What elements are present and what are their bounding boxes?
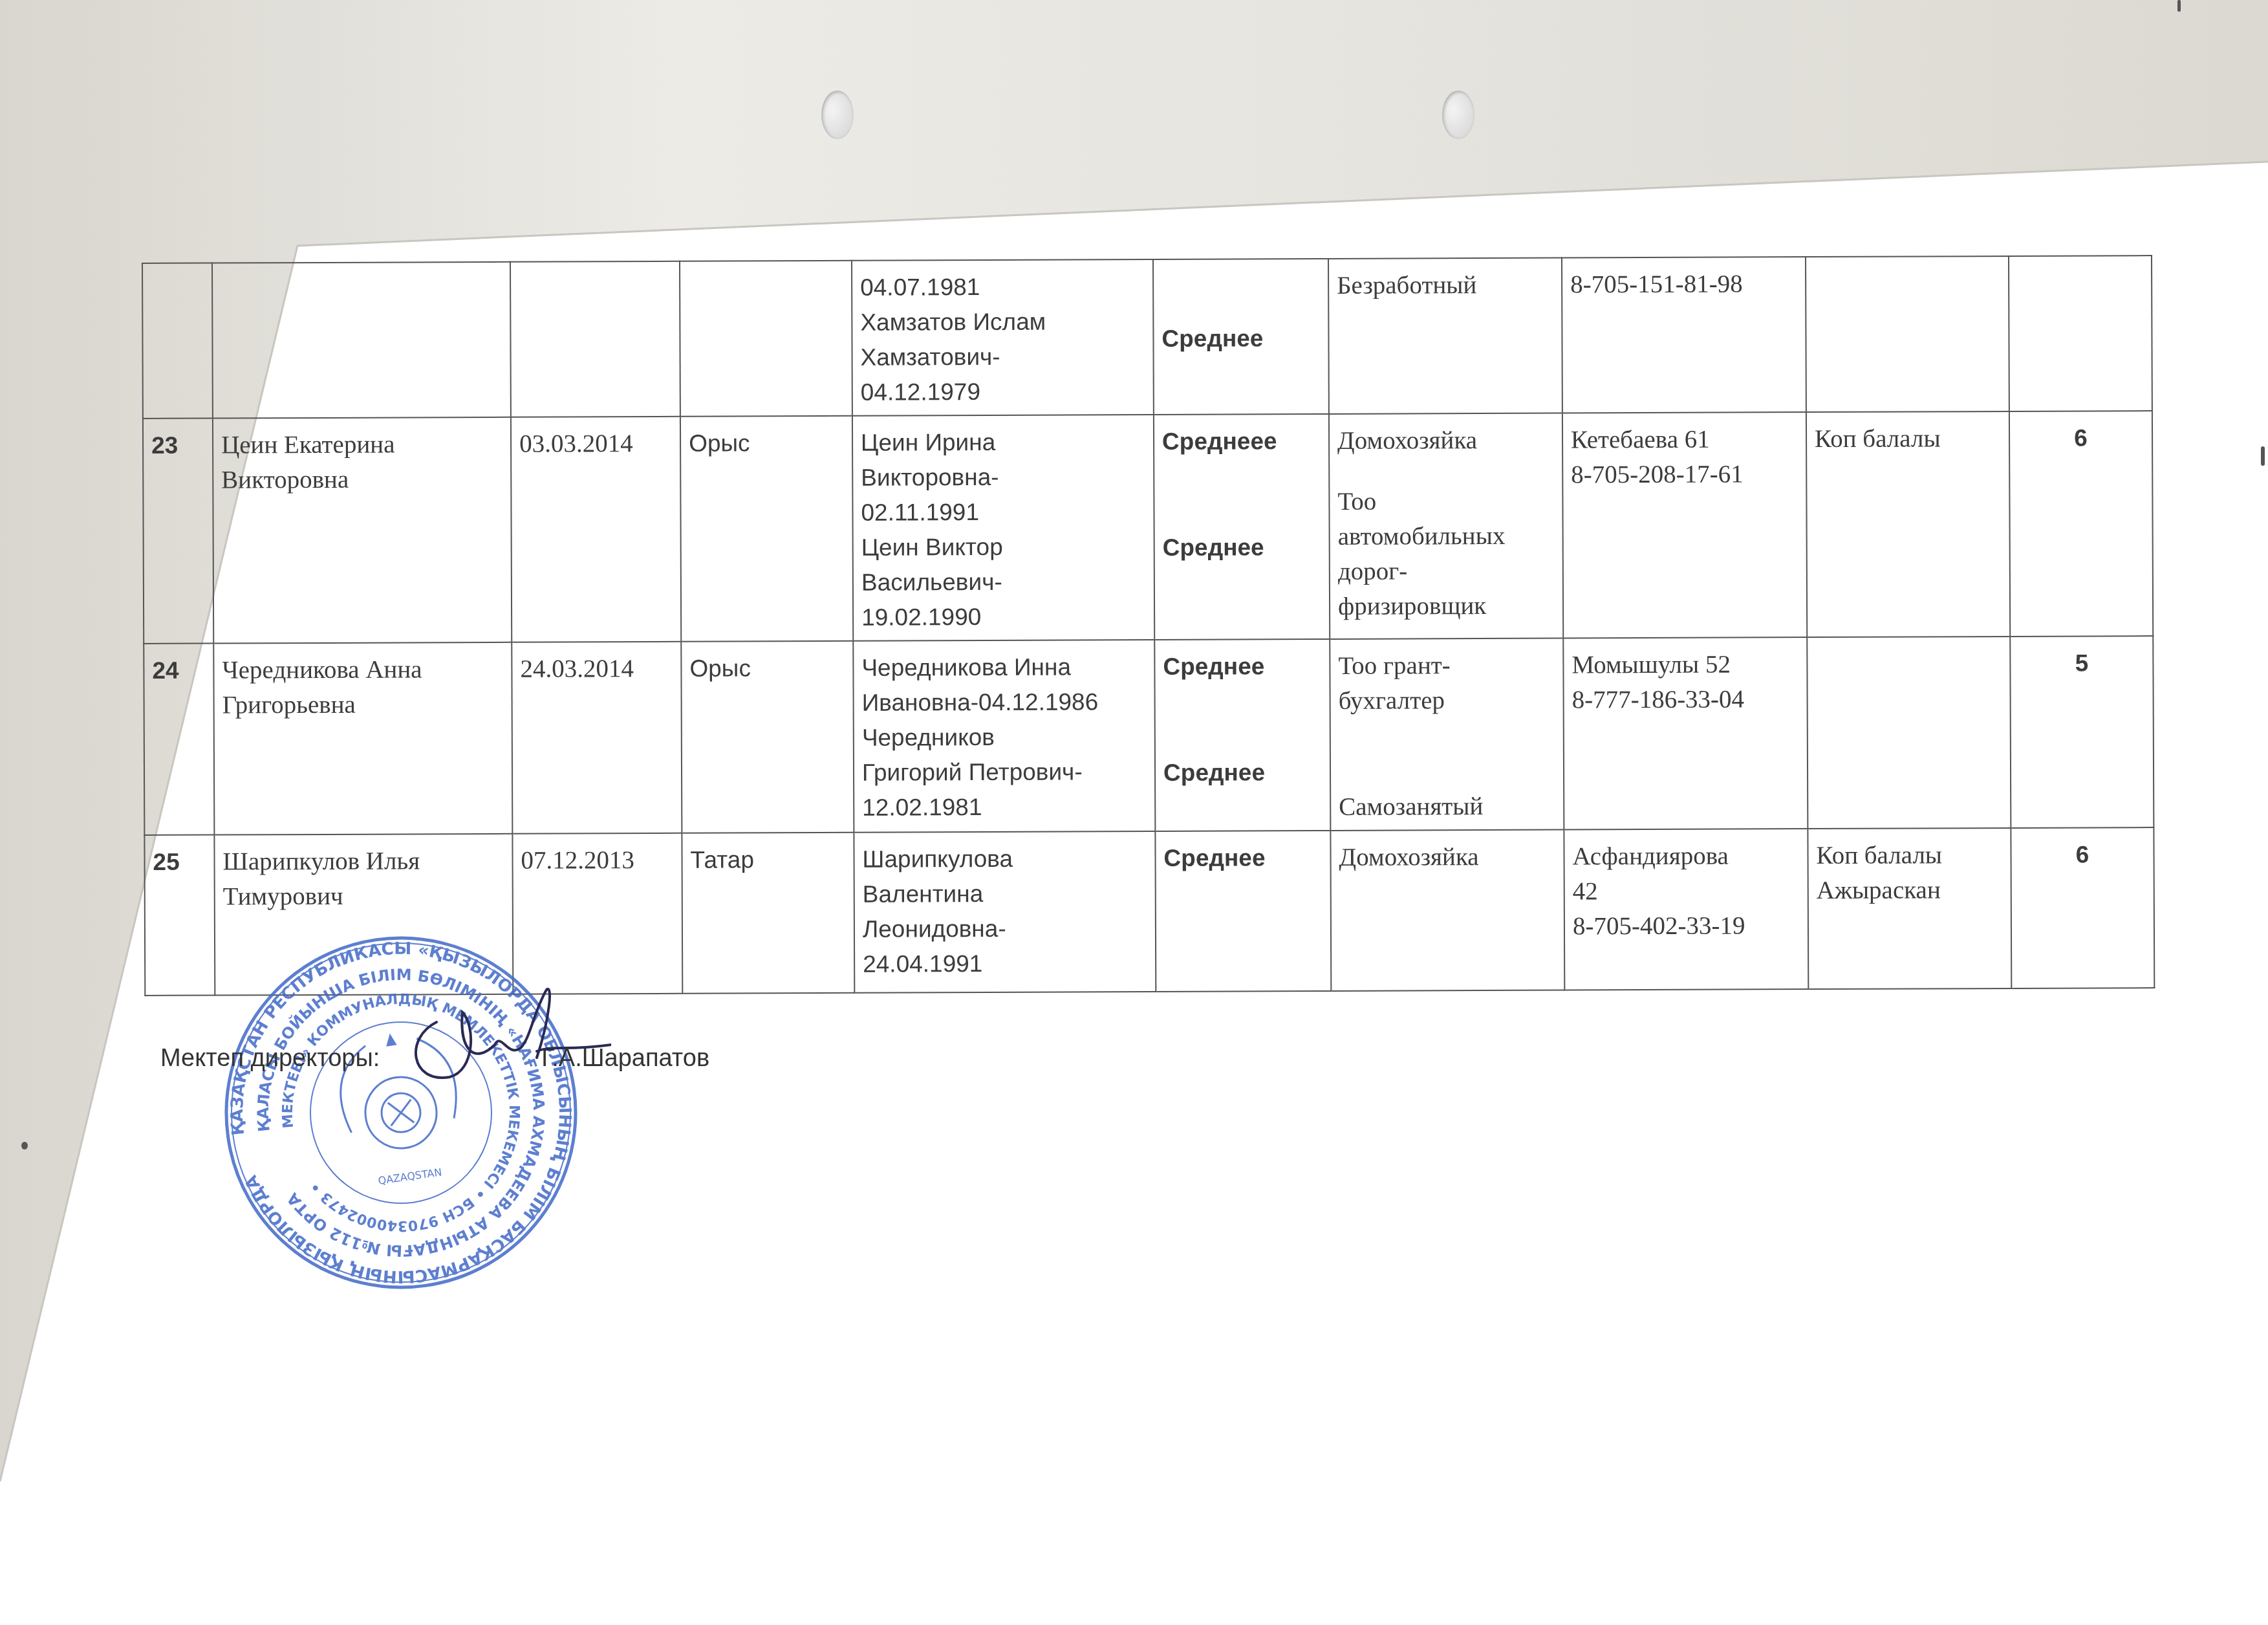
handwritten-signature [398, 987, 611, 1090]
row-number-cell: 24 [144, 644, 214, 835]
address-phone-cell: 8-705-151-81-98 [1562, 257, 1806, 413]
nationality-cell [680, 261, 852, 417]
education-entry: Среднее [1163, 755, 1322, 791]
education-cell: СреднееСреднее [1154, 639, 1330, 831]
child-name-cell [212, 262, 511, 419]
family-status-cell [1806, 256, 2009, 412]
family-status-cell: Коп балалы [1806, 411, 2010, 637]
parents-cell: Цеин Ирина Викторовна- 02.11.1991 Цеин В… [852, 415, 1154, 641]
education-entry: Среднее [1163, 530, 1321, 565]
job-entry: Самозанятый [1339, 789, 1555, 825]
child-name-cell: Чередникова Анна Григорьевна [213, 642, 512, 835]
address-phone-cell: Момышулы 52 8-777-186-33-04 [1563, 637, 1808, 829]
job-entry: Тоо автомобильных дорог- фризировщик [1337, 484, 1555, 624]
family-status-cell: Коп балалы Ажыраскан [1808, 828, 2011, 989]
job-cell: Безработный [1328, 258, 1562, 414]
table-row: 04.07.1981 Хамзатов Ислам Хамзатович- 04… [142, 256, 2152, 419]
children-registry-table: 04.07.1981 Хамзатов Ислам Хамзатович- 04… [142, 255, 2155, 996]
family-size-cell: 6 [2011, 827, 2154, 988]
job-entry: Тоо грант- бухгалтер [1338, 648, 1555, 719]
education-entry: Среднеее [1162, 424, 1321, 459]
address-phone-cell: Асфандиярова 42 8-705-402-33-19 [1564, 829, 1808, 990]
parents-cell: Шарипкулова Валентина Леонидовна- 24.04.… [854, 831, 1156, 993]
child-name-cell: Цеин Екатерина Викторовна [213, 417, 512, 644]
school-round-stamp: ҚАЗАҚСТАН РЕСПУБЛИКАСЫ «ҚЫЗЫЛОРДА ОБЛЫСЫ… [197, 908, 605, 1317]
nationality-cell: Татар [682, 833, 854, 994]
job-entry: Домохозяйка [1339, 840, 1555, 875]
family-size-cell: 5 [2010, 636, 2154, 828]
parents-cell: 04.07.1981 Хамзатов Ислам Хамзатович- 04… [852, 259, 1154, 416]
row-number-cell: 23 [143, 419, 213, 644]
family-status-cell [1807, 637, 2011, 829]
job-entry: Безработный [1337, 268, 1553, 303]
birth-date-cell: 03.03.2014 [511, 417, 681, 642]
birth-date-cell [510, 261, 680, 417]
education-entry: Среднее [1163, 649, 1321, 684]
parents-cell: Чередникова Инна Ивановна-04.12.1986 Чер… [853, 640, 1155, 833]
scan-speck [2177, 0, 2181, 12]
director-label: Мектеп директоры: [160, 1045, 380, 1072]
job-cell: Домохозяйка [1330, 830, 1564, 991]
birth-date-cell: 24.03.2014 [512, 642, 682, 834]
table-row: 23Цеин Екатерина Викторовна03.03.2014Оры… [143, 411, 2153, 644]
address-phone-cell: Кетебаева 61 8-705-208-17-61 [1562, 412, 1807, 638]
job-cell: ДомохозяйкаТоо автомобильных дорог- фриз… [1329, 413, 1563, 639]
stamp-emblem-label: QAZAQSTAN [377, 1166, 442, 1187]
row-number-cell [142, 263, 213, 419]
education-entry: Среднее [1161, 321, 1320, 356]
family-size-cell [2009, 256, 2152, 411]
scan-speck [2261, 446, 2265, 466]
table-row: 24Чередникова Анна Григорьевна24.03.2014… [144, 636, 2154, 835]
job-cell: Тоо грант- бухгалтерСамозанятый [1330, 638, 1564, 831]
family-size-cell: 6 [2009, 411, 2153, 637]
scan-speck [21, 1142, 28, 1150]
punch-hole-left [821, 91, 854, 139]
nationality-cell: Орыс [680, 416, 853, 642]
punch-hole-right [1442, 91, 1474, 139]
nationality-cell: Орыс [681, 641, 854, 833]
education-cell: Среднее [1155, 831, 1331, 992]
education-cell: СреднеееСреднее [1154, 414, 1330, 640]
education-cell: Среднее [1153, 259, 1329, 415]
job-entry: Домохозяйка [1337, 423, 1554, 459]
education-entry: Среднее [1163, 840, 1322, 876]
